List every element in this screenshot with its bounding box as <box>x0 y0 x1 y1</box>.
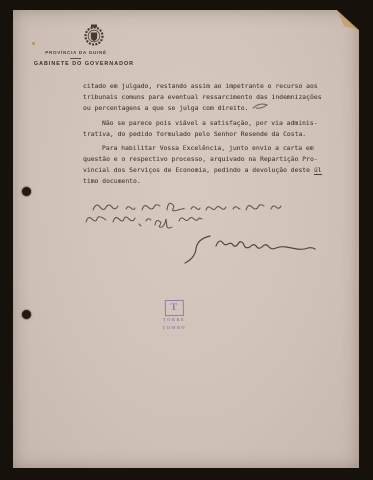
stamp-text-line2: TOMBO <box>156 324 192 331</box>
typed-text: timo documento. <box>83 177 141 185</box>
province-name: PROVÍNCIA DA GUINÉ <box>31 50 121 55</box>
punch-hole-top <box>22 187 31 196</box>
typed-line: tribunais comuns para eventual ressarcim… <box>83 92 335 103</box>
typed-line: trativa, do pedido formulado pelo Senhor… <box>83 129 335 140</box>
typed-text: Não se parece pois viável a satisfação, … <box>102 119 317 127</box>
stamp-letter: T <box>170 302 177 313</box>
typed-text: ou percentagens a que se julga com direi… <box>83 104 248 112</box>
typed-line: questão e o respectivo processo, arquiva… <box>83 154 335 165</box>
handwritten-annotation <box>86 203 281 228</box>
typed-line: ou percentagens a que se julga com direi… <box>83 103 335 114</box>
scanned-document: PROVÍNCIA DA GUINÉ GABINETE DO GOVERNADO… <box>0 0 373 480</box>
typed-text: Para habilitar Vossa Excelência, junto e… <box>102 144 314 152</box>
typed-text: questão e o respectivo processo, arquiva… <box>83 155 318 163</box>
office-name: GABINETE DO GOVERNADOR <box>29 61 139 67</box>
stamp-text-line1: TORRE <box>156 317 192 324</box>
typed-text: vincial dos Serviços de Economia, pedind… <box>83 166 314 174</box>
typed-text: citado em julgado, restando assim ao imp… <box>83 82 318 90</box>
handwriting-overlay <box>13 10 359 468</box>
typed-line: vincial dos Serviços de Economia, pedind… <box>83 165 335 176</box>
stamp-letter-box: T <box>164 300 183 316</box>
typed-line: Para habilitar Vossa Excelência, junto e… <box>83 143 335 154</box>
coat-of-arms-icon <box>81 22 107 48</box>
folded-corner <box>337 10 359 30</box>
typed-text: trativa, do pedido formulado pelo Senhor… <box>83 130 306 138</box>
punch-hole-bottom <box>22 310 31 319</box>
typed-line: timo documento. <box>83 176 335 187</box>
letterhead: PROVÍNCIA DA GUINÉ GABINETE DO GOVERNADO… <box>13 10 173 70</box>
signature <box>185 236 315 263</box>
typed-letter-body: citado em julgado, restando assim ao imp… <box>83 81 335 187</box>
paper-speck <box>32 42 35 45</box>
underlined-typed-text: úl <box>314 166 322 175</box>
typed-line: citado em julgado, restando assim ao imp… <box>83 81 335 92</box>
typed-text: tribunais comuns para eventual ressarcim… <box>83 93 322 101</box>
typed-line: Não se parece pois viável a satisfação, … <box>83 118 335 129</box>
archive-stamp: T TORRE TOMBO <box>156 300 193 332</box>
letterhead-divider <box>70 58 81 59</box>
document-page: PROVÍNCIA DA GUINÉ GABINETE DO GOVERNADO… <box>13 10 359 468</box>
